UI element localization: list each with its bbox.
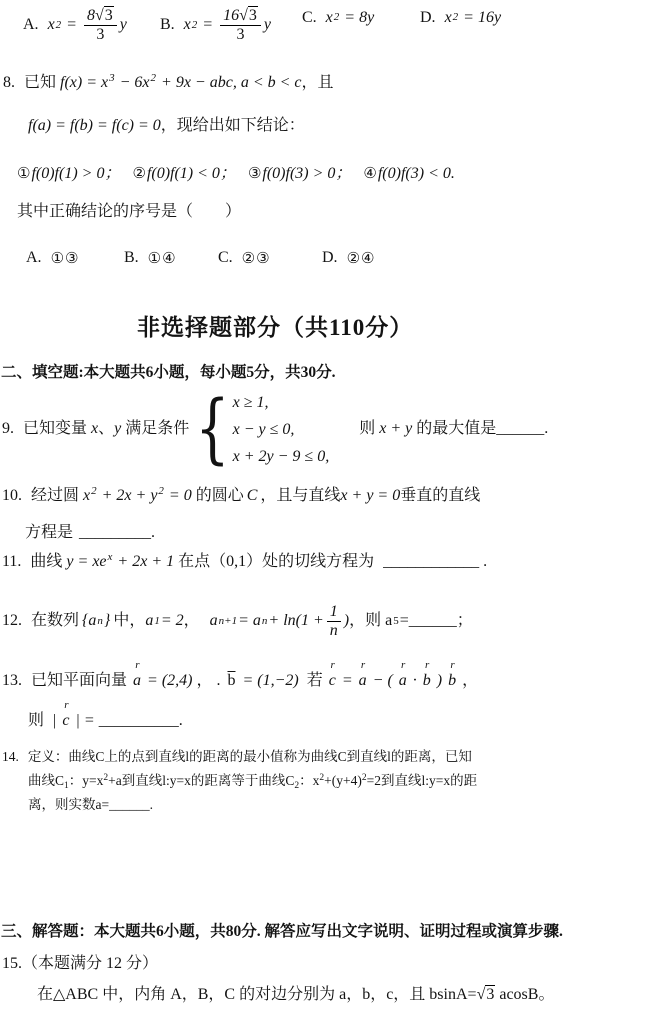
question-number: 13.	[2, 672, 22, 689]
math-seg: a	[133, 672, 141, 689]
text-seg: +a到直线l:y=x的距离等于曲线C	[108, 773, 294, 788]
text-seg: ，且与直线	[260, 487, 340, 504]
math-seg: 16	[223, 7, 239, 24]
q12: 12. 在数列 {an} 中， a1 = 2 ， an+1 = an + ln(…	[2, 597, 473, 645]
q11: 11.曲线 y = xex + 2x + 1 在点（0,1）处的切线方程为 __…	[2, 550, 487, 573]
vector-b-bar: b	[227, 672, 235, 689]
q14-line2: 曲线C1：y=x2+a到直线l:y=x的距离等于曲线C2：x2+(y+4)2=2…	[28, 771, 477, 794]
text-seg: 在数列	[31, 610, 79, 632]
math-seg: =	[202, 14, 213, 36]
math-seg: x	[48, 14, 55, 36]
vector-a: ra	[399, 670, 407, 692]
fraction-numerator: 1	[327, 603, 341, 622]
text-seg: 经过圆	[31, 487, 79, 504]
circled-4: ④	[363, 164, 377, 182]
math-seg: + 2x + 1	[113, 553, 174, 570]
q13-line1: 13.已知平面向量 ra = (2,4) ， . b = (1,−2) 若 rc…	[2, 670, 478, 692]
text-seg: 、	[98, 418, 114, 440]
math-seg: )	[437, 672, 442, 689]
fraction: 1n	[327, 603, 341, 639]
math-seg: y	[114, 418, 121, 440]
vector-b: rb	[423, 670, 431, 692]
question-number: 8.	[3, 74, 15, 91]
question-number: 15.	[2, 955, 22, 972]
question-number: 11.	[2, 553, 21, 570]
math-seg: = (1,−2)	[242, 672, 298, 689]
radicand: 3	[248, 6, 258, 24]
text-seg: ：x	[299, 773, 319, 788]
subscript: 1	[154, 614, 160, 629]
text-seg: 的最大值是	[416, 418, 496, 440]
text-seg: ，	[462, 672, 478, 689]
vector-arrow: r	[361, 660, 365, 671]
exponent: 2	[91, 485, 97, 497]
radical-sign: √	[95, 7, 104, 24]
exam-page: A. x2 = 8√3 3 y B. x2 = 16√3 3 y C. x2 =…	[0, 0, 666, 1022]
math-seg: = 0	[165, 487, 192, 504]
vector-arrow: r	[401, 660, 405, 671]
text-seg: 在点（0,1）处的切线方程为	[178, 553, 374, 570]
answer-blank: ______	[109, 797, 150, 812]
section2-header: 非选择题部分（共110分）	[137, 312, 413, 343]
option-label: A.	[23, 14, 39, 36]
subscript: 5	[393, 614, 399, 629]
text-seg: 曲线	[30, 553, 62, 570]
dot-product-operator: ·	[413, 672, 421, 689]
vector-arrow: r	[64, 700, 68, 711]
exponent: 2	[56, 18, 62, 33]
math-seg: y = xe	[66, 553, 106, 570]
vector-c: rc	[329, 670, 336, 692]
text-seg: .	[479, 553, 487, 570]
math-seg: a	[210, 610, 218, 632]
answer-blank: __________	[99, 712, 179, 729]
exponent: 3	[109, 72, 115, 84]
exponent: x	[108, 551, 113, 563]
subscript: n	[262, 614, 268, 629]
question-number: 10.	[2, 487, 22, 504]
text-seg: ；	[457, 610, 473, 632]
q8-option-c: C.②③	[218, 247, 271, 269]
vector-arrow: r	[425, 660, 429, 671]
inequality-system: x ≥ 1, x − y ≤ 0, x + 2y − 9 ≤ 0,	[233, 389, 330, 470]
math-seg: f(0)f(3) > 0；	[262, 165, 351, 182]
math-seg: x	[184, 14, 191, 36]
math-seg: − (	[373, 672, 393, 689]
section3-header: 三、解答题：本大题共6小题，共80分. 解答应写出文字说明、证明过程或演算步骤.	[1, 922, 563, 943]
vector-a: ra	[359, 670, 367, 692]
math-seg: + 2x + y	[98, 487, 158, 504]
fraction-denominator: 3	[84, 26, 117, 44]
math-seg: a	[385, 610, 392, 632]
math-seg: =	[66, 14, 77, 36]
system-row: x + 2y − 9 ≤ 0,	[233, 443, 330, 470]
answer-blank: ______	[409, 610, 457, 632]
q8-question-text: 其中正确结论的序号是（ ）	[17, 201, 241, 223]
q14-line3: 离，则实数a=______.	[28, 795, 153, 815]
math-seg: b	[448, 672, 456, 689]
option-value: ②④	[347, 248, 376, 268]
text-seg: 离，则实数a=	[28, 797, 109, 812]
section-instructions: 二、填空题:本大题共6小题，每小题5分，共30分.	[1, 364, 336, 381]
text-seg: ：y=x	[69, 773, 104, 788]
exponent: 2	[334, 10, 340, 25]
math-seg: c	[329, 672, 336, 689]
text-seg: 其中正确结论的序号是（ ）	[17, 203, 241, 220]
text-seg: 则	[28, 712, 44, 729]
answer-blank: _________	[79, 524, 151, 541]
text-seg: acosB。	[495, 986, 554, 1003]
text-seg: .	[179, 712, 183, 729]
fraction-denominator: 3	[220, 26, 261, 44]
section-title: 非选择题部分（共110分）	[137, 315, 413, 340]
text-seg: 已知平面向量	[31, 672, 127, 689]
text-seg: 垂直的直线	[400, 487, 480, 504]
q8-line2: f(a) = f(b) = f(c) = 0，现给出如下结论：	[28, 115, 305, 137]
radicand: 3	[485, 985, 495, 1003]
text-seg: ，且	[302, 74, 334, 91]
option-value: ①④	[148, 248, 177, 268]
exponent: 2	[192, 18, 198, 33]
math-seg: f(0)f(3) < 0.	[378, 165, 455, 182]
q7-option-b: B. x2 = 16√3 3 y	[160, 7, 271, 43]
system-row: x ≥ 1,	[233, 389, 330, 416]
text-seg: ， .	[196, 672, 220, 689]
option-label: C.	[218, 247, 233, 269]
option-label: A.	[26, 247, 42, 269]
math-seg: b	[423, 672, 431, 689]
math-seg: C	[247, 487, 258, 504]
math-seg: = (2,4)	[147, 672, 192, 689]
exponent: 2	[151, 72, 157, 84]
answer-blank: ______	[496, 418, 544, 440]
text-seg: 方程是	[25, 524, 73, 541]
option-value: ①③	[51, 248, 80, 268]
q7-option-d: D. x2 = 16y	[420, 7, 501, 29]
q8-option-a: A.①③	[26, 247, 79, 269]
q10-line1: 10.经过圆 x2 + 2x + y2 = 0 的圆心C，且与直线x + y =…	[2, 484, 480, 507]
question-number: 9.	[2, 418, 14, 440]
subscript: n+1	[219, 614, 237, 629]
subscript: n	[97, 614, 103, 629]
math-seg: }	[104, 610, 110, 632]
option-value: ②③	[242, 248, 271, 268]
text-seg: 若	[307, 672, 323, 689]
text-seg: .	[150, 797, 153, 812]
text-seg: （本题满分 12 分）	[22, 955, 158, 972]
vector-a: ra	[133, 670, 141, 692]
vector-c: rc	[62, 710, 69, 732]
text-seg: 的圆心	[196, 487, 244, 504]
q7-options-row: A. x2 = 8√3 3 y B. x2 = 16√3 3 y C. x2 =…	[0, 7, 666, 53]
answer-blank: ____________	[383, 553, 479, 570]
text-seg: 在△ABC 中，内角 A，B，C 的对边分别为 a，b，c，且 bsinA=	[37, 986, 477, 1003]
vector-arrow: r	[135, 660, 139, 671]
fraction: 8√3 3	[84, 7, 117, 43]
text-seg: =2到直线l:y=x的距	[367, 773, 477, 788]
math-seg: a	[145, 610, 153, 632]
option-label: D.	[322, 247, 338, 269]
math-seg: {a	[82, 610, 96, 632]
circled-1: ①	[17, 164, 31, 182]
q10-line2: 方程是_________.	[25, 522, 155, 544]
circled-2: ②	[132, 164, 146, 182]
circled-3: ③	[248, 164, 262, 182]
math-seg: = 16y	[463, 7, 501, 29]
question-number: 14.	[2, 749, 19, 764]
text-seg: 已知	[24, 74, 56, 91]
math-seg: − 6x	[116, 74, 150, 91]
option-label: B.	[160, 14, 175, 36]
section2-subheader: 二、填空题:本大题共6小题，每小题5分，共30分.	[1, 363, 336, 384]
fraction-numerator: 8√3	[84, 7, 117, 26]
q8-conclusions: ①f(0)f(1) > 0； ②f(0)f(1) < 0； ③f(0)f(3) …	[17, 163, 455, 185]
q13-line2: 则 | rc | = __________.	[28, 710, 183, 732]
text-seg: +(y+4)	[324, 773, 362, 788]
radical-sign: √	[239, 7, 248, 24]
math-seg: f(a) = f(b) = f(c) = 0	[28, 117, 161, 134]
q7-option-a: A. x2 = 8√3 3 y	[23, 7, 127, 43]
math-seg: c	[62, 712, 69, 729]
text-seg: .	[544, 418, 548, 440]
option-label: B.	[124, 247, 139, 269]
text-seg: 已知变量	[23, 418, 87, 440]
vector-b: rb	[448, 670, 456, 692]
text-seg: 定义：曲线C上的点到直线l的距离的最小值称为曲线C到直线l的距离，已知	[28, 749, 472, 764]
q8-option-d: D.②④	[322, 247, 375, 269]
vector-arrow: r	[450, 660, 454, 671]
q8-option-b: B.①④	[124, 247, 177, 269]
text-seg: ，现给出如下结论：	[161, 117, 305, 134]
math-seg: + ln(1 +	[268, 610, 323, 632]
text-seg: 中，	[113, 610, 145, 632]
math-seg: x	[83, 487, 90, 504]
math-seg: = a	[238, 610, 261, 632]
q7-option-c: C. x2 = 8y	[302, 7, 374, 29]
exponent: 2	[453, 10, 459, 25]
exponent: 2	[158, 485, 164, 497]
text-seg: ，则	[349, 610, 381, 632]
math-seg: f(0)f(1) > 0；	[31, 165, 120, 182]
math-seg: = 2	[161, 610, 184, 632]
math-seg: x	[91, 418, 98, 440]
text-seg: 则	[359, 418, 375, 440]
math-seg: x + y	[379, 418, 412, 440]
math-seg: y	[120, 14, 127, 36]
option-label: C.	[302, 7, 317, 29]
text-seg: ，	[184, 610, 200, 632]
q9: 9. 已知变量 x、y 满足条件 { x ≥ 1, x − y ≤ 0, x +…	[2, 387, 548, 471]
math-seg: a	[399, 672, 407, 689]
section-instructions: 三、解答题：本大题共6小题，共80分. 解答应写出文字说明、证明过程或演算步骤.	[1, 923, 563, 940]
radicand: 3	[104, 6, 114, 24]
math-seg: =	[342, 672, 357, 689]
math-seg: + 9x − abc, a < b < c	[157, 74, 302, 91]
math-seg: = 8y	[344, 7, 374, 29]
text-seg: .	[151, 524, 155, 541]
math-seg: f(x) = x	[60, 74, 108, 91]
math-seg: | =	[76, 712, 99, 729]
text-seg: 曲线C	[28, 773, 64, 788]
q15-title: 15.（本题满分 12 分）	[2, 953, 158, 975]
math-seg: x	[445, 7, 452, 29]
q8-options-row: A.①③ B.①④ C.②③ D.②④	[0, 247, 666, 271]
system-brace: {	[195, 395, 229, 463]
math-seg: 8	[87, 7, 95, 24]
math-seg: a	[359, 672, 367, 689]
q15-body: 在△ABC 中，内角 A，B，C 的对边分别为 a，b，c，且 bsinA=√3…	[37, 984, 554, 1006]
q8-line1: 8.已知 f(x) = x3 − 6x2 + 9x − abc, a < b <…	[3, 71, 334, 94]
fraction-numerator: 16√3	[220, 7, 261, 26]
math-seg: y	[264, 14, 271, 36]
system-row: x − y ≤ 0,	[233, 416, 330, 443]
fraction: 16√3 3	[220, 7, 261, 43]
vector-arrow: r	[331, 660, 335, 671]
question-number: 12.	[2, 610, 22, 632]
math-seg: f(0)f(1) < 0；	[147, 165, 236, 182]
math-seg: |	[52, 712, 56, 729]
math-seg: x	[326, 7, 333, 29]
fraction-denominator: n	[327, 622, 341, 640]
q14-line1: 14.定义：曲线C上的点到直线l的距离的最小值称为曲线C到直线l的距离，已知	[2, 747, 472, 767]
math-seg: x + y = 0	[340, 487, 400, 504]
option-label: D.	[420, 7, 436, 29]
text-seg: 满足条件	[125, 418, 189, 440]
math-seg: =	[400, 610, 409, 632]
